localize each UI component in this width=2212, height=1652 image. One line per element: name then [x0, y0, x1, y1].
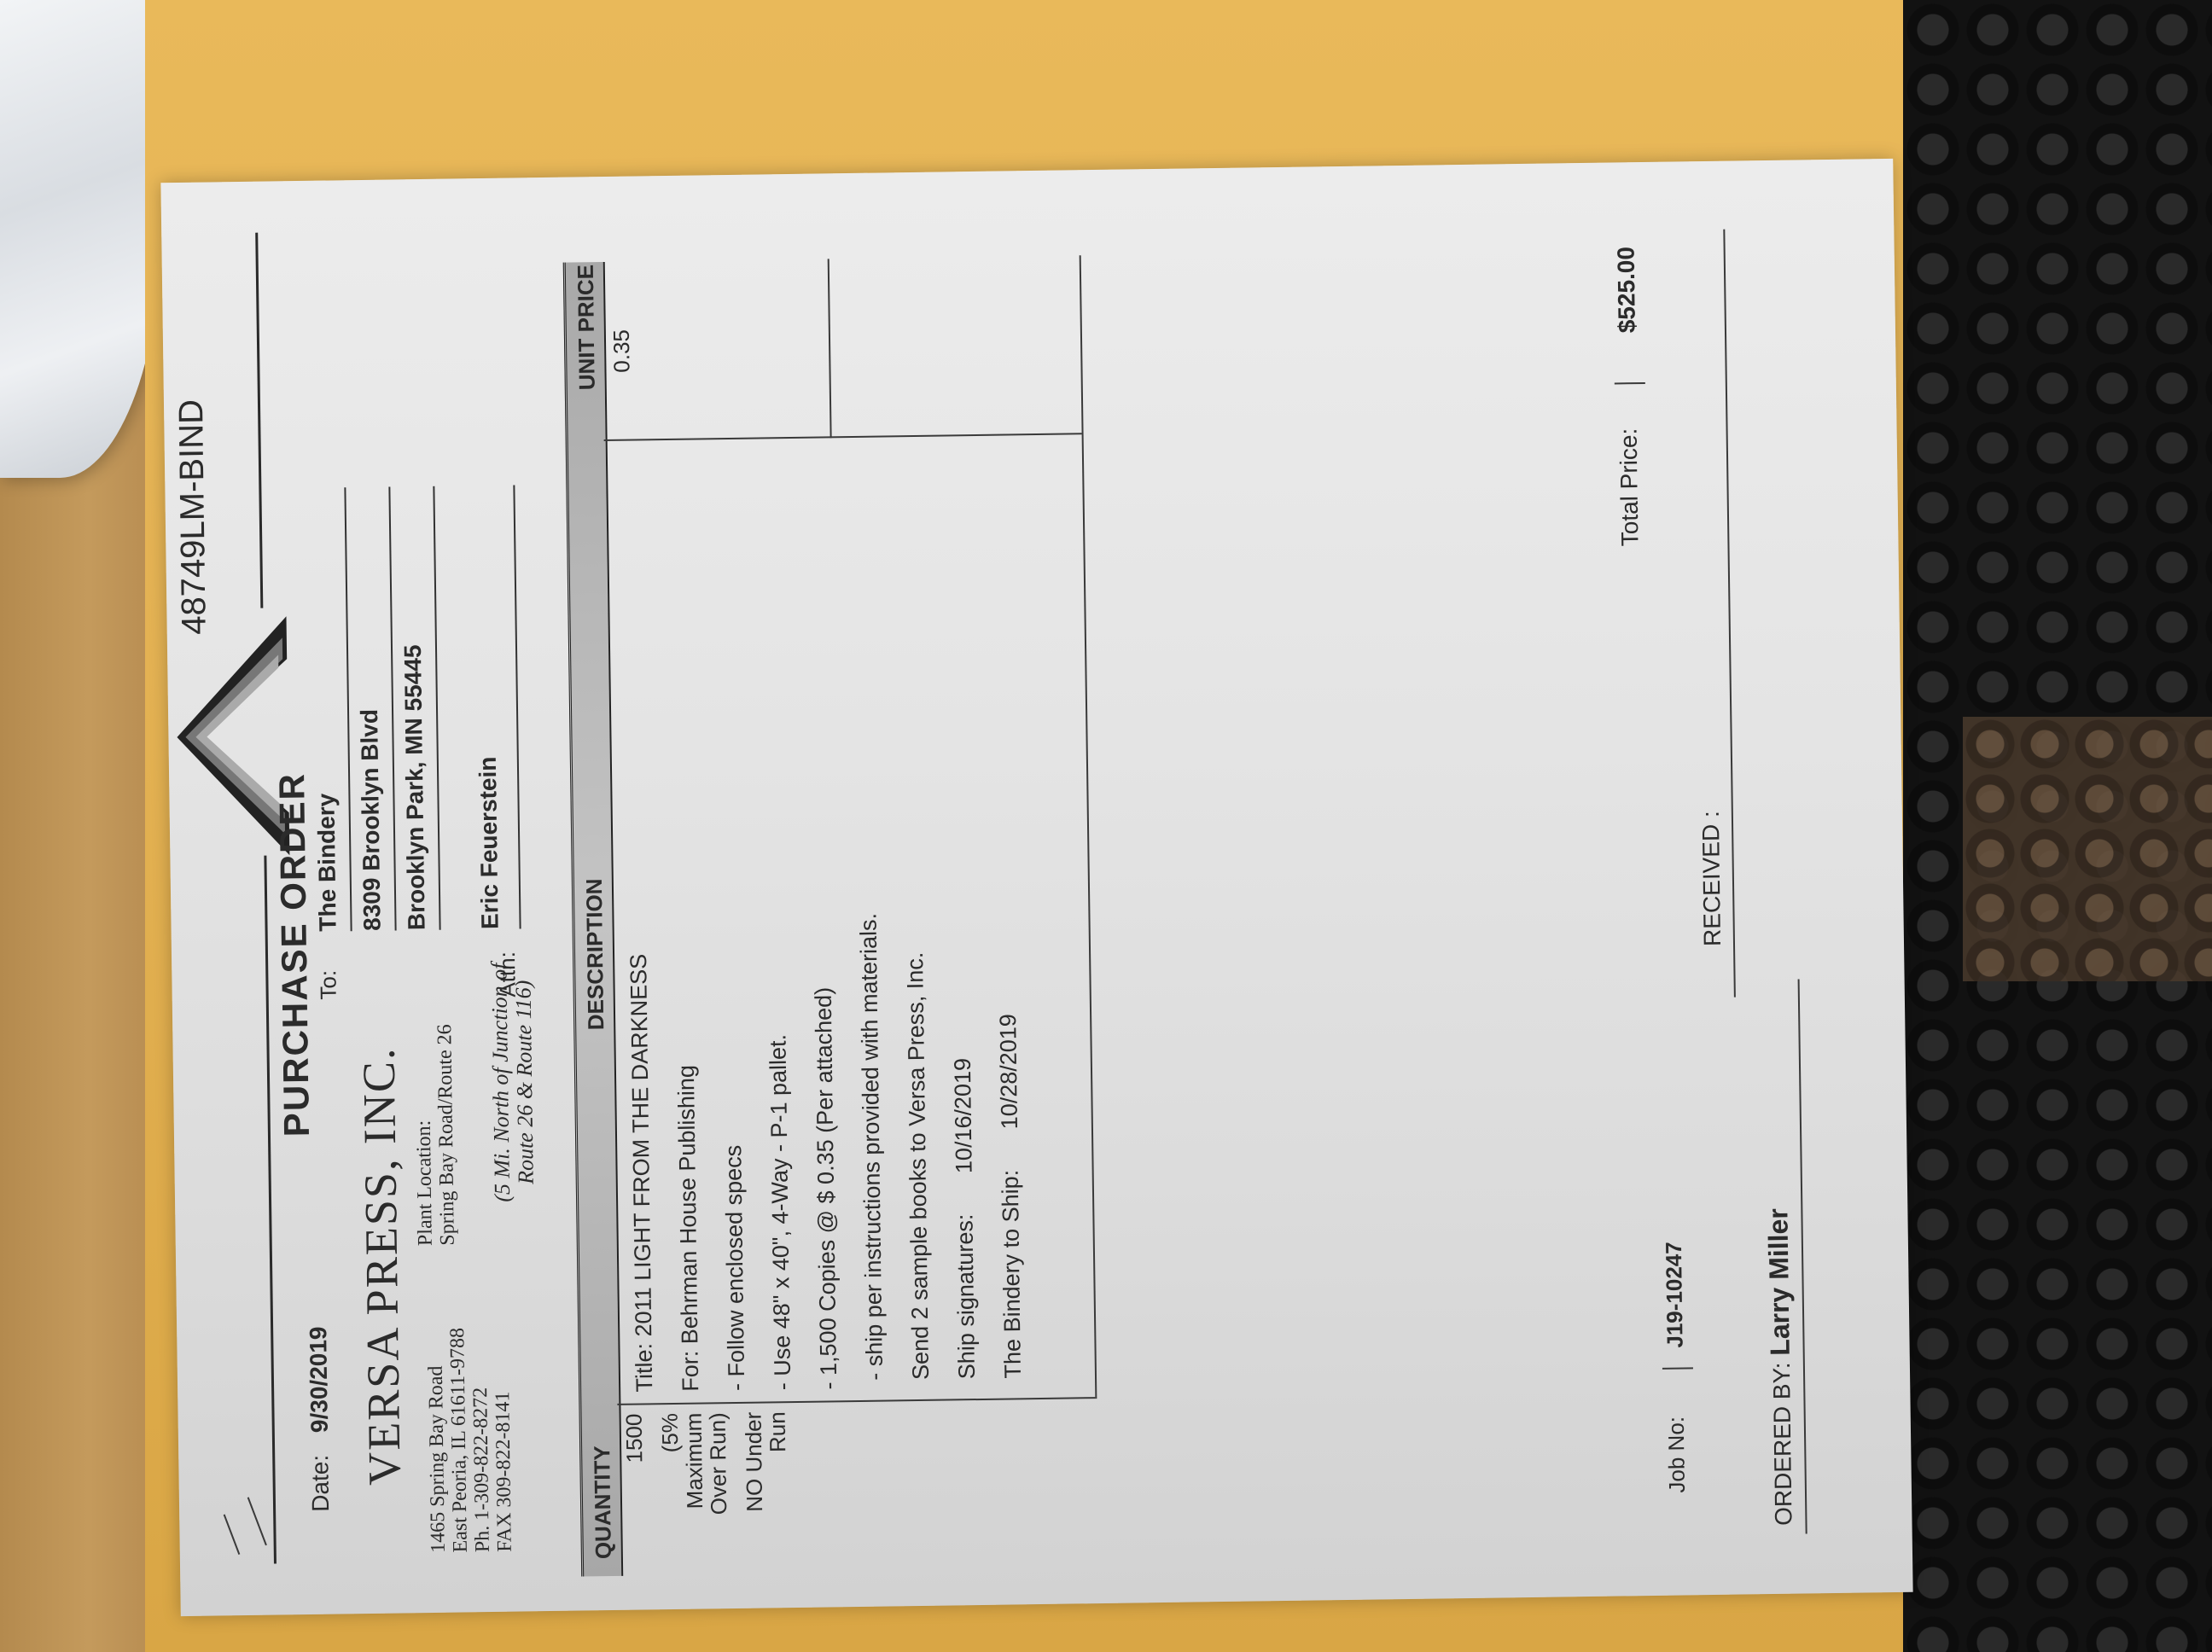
recipient-name: The Bindery: [301, 487, 352, 932]
job-no-value: J19-10247: [1661, 1242, 1689, 1348]
plastic-bag: [0, 0, 162, 478]
quantity-note: NO Under: [742, 1412, 768, 1574]
fax-line: FAX 309-822-8141: [491, 1327, 516, 1552]
price-cell-rule: [828, 259, 832, 438]
quantity-note: Run: [765, 1411, 792, 1573]
header-unit-price: UNIT PRICE: [573, 265, 601, 391]
date-label: Date:: [306, 1455, 334, 1512]
recipient-street: 8309 Brooklyn Blvd: [346, 487, 396, 932]
date-value: 9/30/2019: [305, 1326, 333, 1433]
purchase-order-page: 48749LM-BIND Date: 9/30/2019 PURCHASE OR…: [160, 159, 1912, 1616]
plant-address: Spring Bay Road/Route 26: [434, 1024, 459, 1246]
header-quantity: QUANTITY: [589, 1445, 617, 1559]
job-no-label: Job No:: [1663, 1416, 1691, 1493]
table-bottom-rule: [1080, 255, 1097, 1399]
quantity-note: Over Run): [706, 1412, 732, 1574]
header-description: DESCRIPTION: [581, 878, 609, 1030]
total-price-label: Total Price:: [1615, 428, 1644, 547]
attn-label: Attn:: [494, 951, 521, 998]
ordered-by-name: Larry Miller: [1762, 1208, 1795, 1356]
total-divider: [1615, 382, 1645, 385]
bindery-ship-date: 10/28/2019: [995, 1014, 1022, 1130]
ship-signatures-label: Ship signatures:: [952, 1213, 980, 1379]
recipient-address: The Bindery 8309 Brooklyn Blvd Brooklyn …: [301, 486, 440, 932]
unit-price-value: 0.35: [608, 329, 636, 373]
plant-directions: (5 Mi. North of Junction of Route 26 & R…: [487, 963, 538, 1202]
quantity-cell: 1500 (5% Maximum Over Run) NO Under Run: [622, 1411, 792, 1576]
pen-mark: [247, 1497, 267, 1545]
ordered-by-label: ORDERED BY:: [1768, 1362, 1797, 1526]
plant-location: Plant Location: Spring Bay Road/Route 26: [411, 1024, 459, 1246]
attn-value: Eric Feuerstein: [470, 485, 521, 929]
recipient-city: Brooklyn Park, MN 55445: [390, 486, 440, 931]
quantity-value: 1500: [622, 1413, 649, 1575]
received-label: RECEIVED :: [1697, 811, 1726, 946]
date-row: Date: 9/30/2019: [305, 1326, 335, 1512]
bindery-ship-label: The Bindery to Ship:: [998, 1170, 1026, 1379]
company-address: 1465 Spring Bay Road East Peoria, IL 616…: [424, 1327, 516, 1553]
job-no-divider: [1662, 1367, 1693, 1370]
address-line: 1465 Spring Bay Road: [424, 1328, 450, 1553]
company-name: VERSA PRESS, INC.: [352, 1046, 411, 1486]
pen-mark: [224, 1515, 241, 1555]
quantity-note: (5%: [658, 1413, 684, 1575]
address-line: East Peoria, IL 61611-9788: [446, 1328, 472, 1553]
quantity-note: Maximum: [682, 1412, 708, 1574]
rubber-mat-brown: [1963, 717, 2212, 981]
to-label: To:: [315, 970, 341, 1000]
ordered-by-line: [1798, 980, 1807, 1534]
ship-signatures-date: 10/16/2019: [950, 1058, 977, 1174]
total-price-value: $525.00: [1613, 247, 1641, 334]
ordered-by: ORDERED BY: Larry Miller: [1762, 1208, 1798, 1526]
document-photo: 48749LM-BIND Date: 9/30/2019 PURCHASE OR…: [162, 145, 1912, 1630]
header-rule-right: [255, 233, 263, 608]
description-cell: Title: 2011 LIGHT FROM THE DARKNESS For:…: [609, 533, 1036, 1393]
phone-line: Ph. 1-309-822-8272: [469, 1327, 494, 1552]
column-divider: [604, 433, 1082, 441]
directions-line: Route 26 & Route 116): [511, 963, 538, 1202]
po-number: 48749LM-BIND: [172, 399, 214, 635]
plant-label: Plant Location:: [411, 1025, 437, 1247]
column-divider: [617, 1397, 1095, 1405]
